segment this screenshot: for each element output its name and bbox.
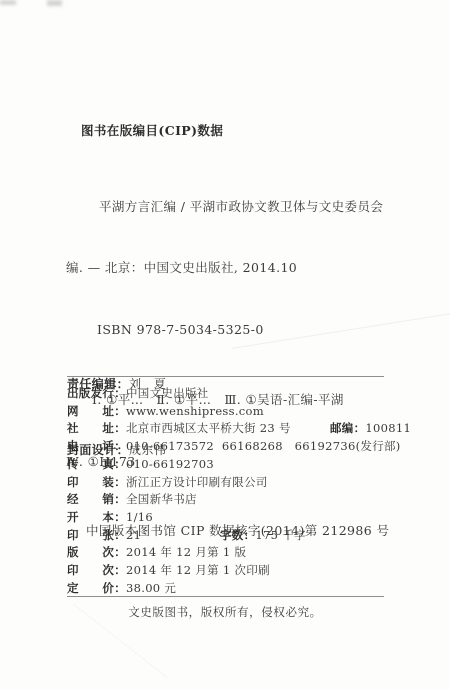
colophon-row-edition: 版 次：2014 年 12 月第 1 版 — [67, 544, 410, 562]
postcode-value: 100811 — [365, 421, 411, 435]
cip-title-line: 平湖方言汇编 / 平湖市政协文教卫体与文史委员会 — [99, 197, 400, 218]
colophon-list: 出版发行：中国文史出版社 网 址：www.wenshipress.com 社 址… — [67, 385, 410, 597]
scan-smudge — [47, 0, 62, 6]
row-label: 传 真： — [67, 457, 126, 471]
colophon-row-address: 社 址：北京市西城区太平桥大街 23 号邮编：100811 — [67, 420, 410, 438]
wordcount-value: 175 千字 — [255, 528, 305, 542]
postcode-label: 邮编： — [330, 421, 365, 435]
colophon-row-fax: 传 真：010-66192703 — [67, 456, 410, 474]
row-value: 中国文史出版社 — [126, 386, 209, 400]
cip-header: 图书在版编目(CIP)数据 — [81, 121, 400, 142]
row-label: 开 本： — [67, 510, 126, 524]
row-value: www.wenshipress.com — [126, 404, 264, 418]
row-label: 定 价： — [67, 581, 126, 595]
scan-smudge — [0, 0, 16, 5]
row-value: 浙江正方设计印刷有限公司 — [126, 475, 268, 489]
row-value: 北京市西城区太平桥大街 23 号 — [126, 421, 291, 435]
row-label: 版 次： — [67, 545, 126, 559]
divider-top — [67, 376, 384, 377]
colophon-row-website: 网 址：www.wenshipress.com — [67, 403, 410, 421]
row-label: 电 话： — [67, 439, 126, 453]
colophon-row-sheets: 印 张：21字数：175 千字 — [67, 527, 410, 545]
copyright-notice: 文史版图书，版权所有，侵权必究。 — [0, 604, 450, 620]
row-value: 21 — [126, 528, 141, 542]
colophon-row-printer: 印 装：浙江正方设计印刷有限公司 — [67, 474, 410, 492]
row-value: 38.00 元 — [126, 581, 176, 595]
colophon-row-price: 定 价：38.00 元 — [67, 580, 410, 598]
postcode-pair: 邮编：100811 — [330, 420, 411, 438]
row-label: 社 址： — [67, 421, 126, 435]
wordcount-pair: 字数：175 千字 — [220, 527, 306, 545]
divider-bottom — [67, 596, 384, 597]
row-label: 出版发行： — [67, 386, 126, 400]
cip-publisher-line: 编. — 北京：中国文史出版社, 2014.10 — [66, 258, 400, 279]
row-label: 印 次： — [67, 563, 126, 577]
row-value: 010-66173572 66168268 66192736(发行部) — [126, 439, 401, 453]
row-label: 印 装： — [67, 475, 126, 489]
row-label: 经 销： — [67, 492, 126, 506]
colophon-row-impression: 印 次：2014 年 12 月第 1 次印刷 — [67, 562, 410, 580]
colophon-row-format: 开 本：1/16 — [67, 509, 410, 527]
row-value: 全国新华书店 — [126, 492, 197, 506]
book-copyright-page: 图书在版编目(CIP)数据 平湖方言汇编 / 平湖市政协文教卫体与文史委员会 编… — [0, 0, 450, 689]
colophon-row-phone: 电 话：010-66173572 66168268 66192736(发行部) — [67, 438, 410, 456]
row-value: 010-66192703 — [126, 457, 214, 471]
row-label: 网 址： — [67, 404, 126, 418]
row-value: 2014 年 12 月第 1 版 — [126, 545, 246, 559]
row-label: 印 张： — [67, 528, 126, 542]
wordcount-label: 字数： — [220, 528, 255, 542]
row-value: 2014 年 12 月第 1 次印刷 — [126, 563, 270, 577]
row-value: 1/16 — [126, 510, 153, 524]
colophon-row-distributor: 经 销：全国新华书店 — [67, 491, 410, 509]
colophon-row-publisher: 出版发行：中国文史出版社 — [67, 385, 410, 403]
